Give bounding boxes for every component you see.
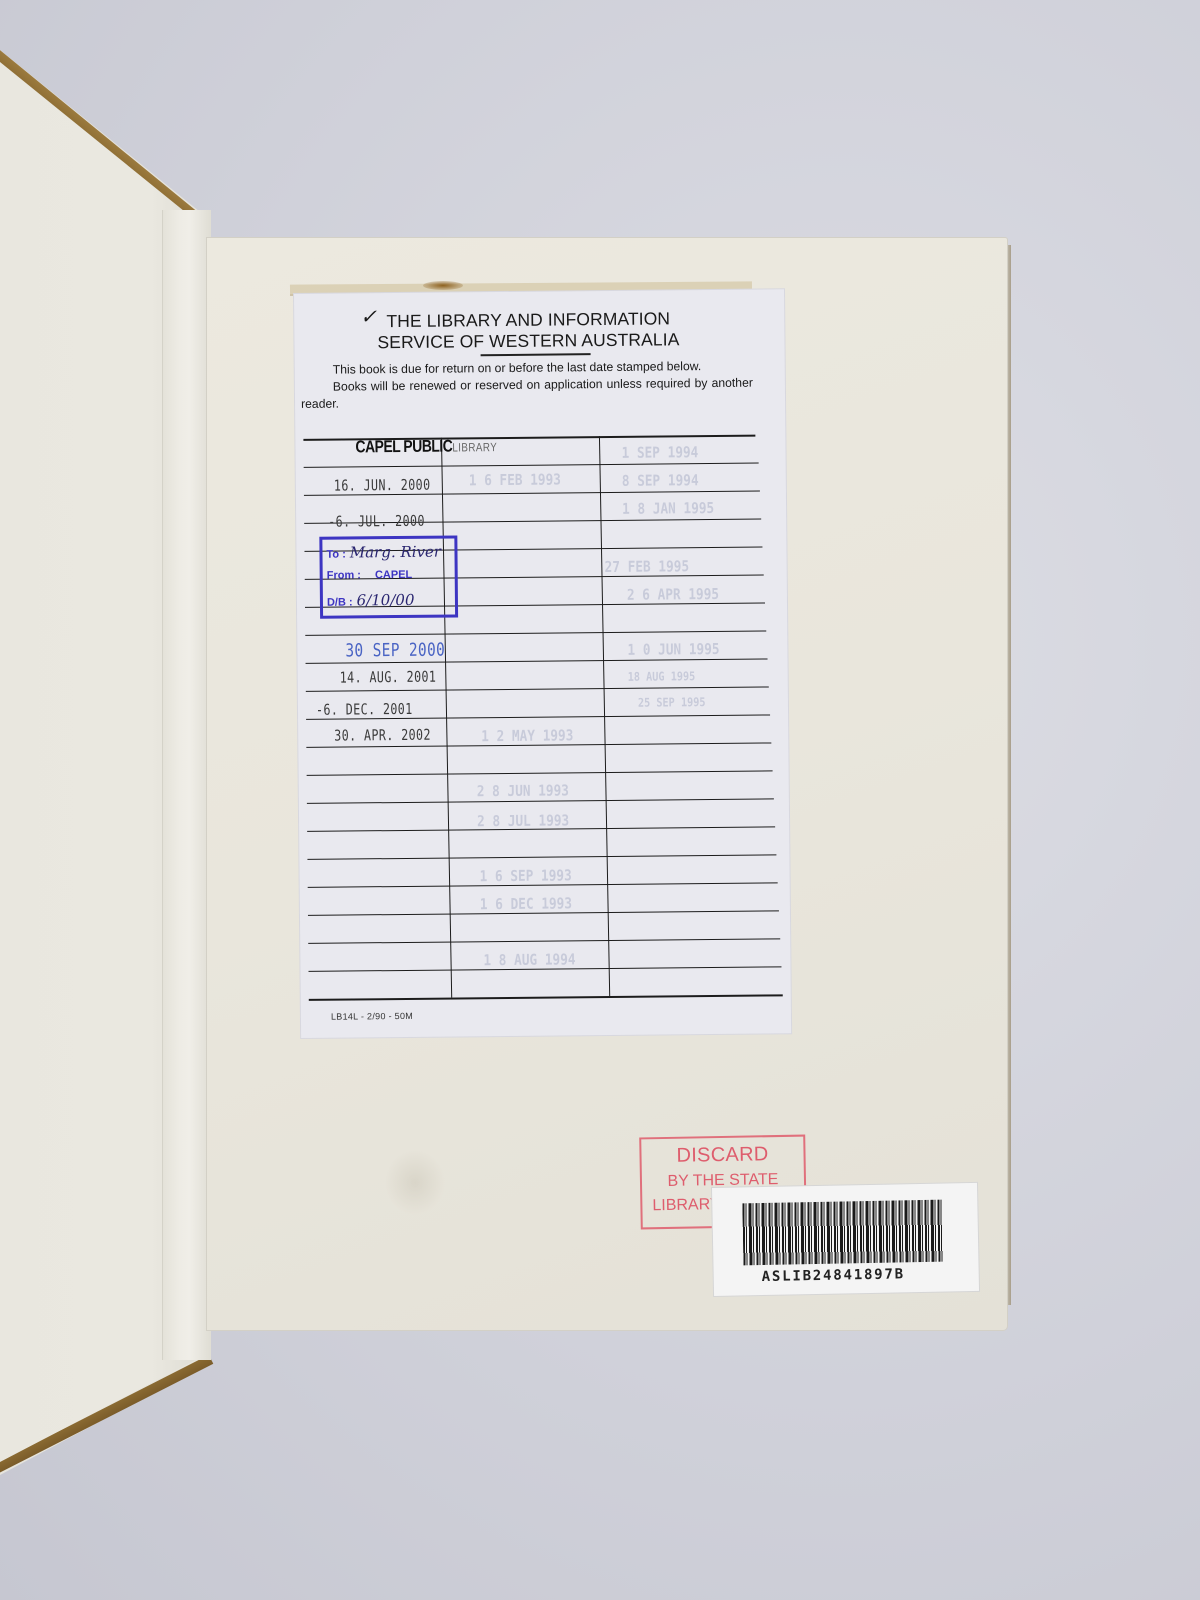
title-underline <box>481 353 591 356</box>
glue-stain <box>423 281 463 290</box>
barcode-icon <box>742 1200 943 1266</box>
transfer-to-value: Marg. River <box>350 543 441 562</box>
faded-date: 1 8 JAN 1995 <box>622 499 714 518</box>
book-hinge <box>162 210 211 1360</box>
discard-line1: DISCARD <box>641 1143 803 1169</box>
transfer-stamp: To :Marg. River From :CAPEL D/B :6/10/00 <box>319 535 458 618</box>
faded-date: 18 AUG 1995 <box>628 669 696 684</box>
checkmark-icon: ✓ <box>360 307 377 328</box>
library-name-faint: LIBRARY <box>452 440 497 454</box>
faded-date: 1 8 AUG 1994 <box>483 950 575 969</box>
grid-rule <box>308 938 780 944</box>
date-due-slip: ✓ THE LIBRARY AND INFORMATION SERVICE OF… <box>294 289 791 1038</box>
due-date-stamp: 30 SEP 2000 <box>345 640 445 662</box>
faded-date: 1 6 FEB 1993 <box>469 470 561 489</box>
due-date-stamp: 14. AUG. 2001 <box>340 668 437 687</box>
due-date-stamp: 30. APR. 2002 <box>334 726 431 745</box>
slip-title-line2: SERVICE OF WESTERN AUSTRALIA <box>358 329 698 353</box>
grid-rule <box>307 854 776 860</box>
slip-instructions: This book is due for return on or before… <box>301 358 753 413</box>
due-date-stamp: -6. DEC. 2001 <box>316 700 413 719</box>
slip-form-code: LB14L - 2/90 - 50M <box>331 1011 413 1022</box>
slip-title: ✓ THE LIBRARY AND INFORMATION SERVICE OF… <box>358 308 698 353</box>
faded-date: 1 0 JUN 1995 <box>627 640 719 659</box>
due-date-stamp: -6. JUL. 2000 <box>328 512 425 531</box>
grid-rule <box>306 686 769 691</box>
grid-rule <box>307 770 773 775</box>
faded-date: 8 SEP 1994 <box>622 471 699 490</box>
transfer-db-label: D/B : <box>327 596 353 608</box>
date-grid: 1 6 FEB 1993 1 2 MAY 1993 2 8 JUN 1993 2… <box>303 434 786 999</box>
transfer-from-label: From : <box>327 569 361 581</box>
grid-rule <box>305 630 766 635</box>
library-name-text: CAPEL PUBLIC <box>355 436 452 456</box>
library-name-stamp: CAPEL PUBLICLIBRARY <box>355 436 497 457</box>
grid-rule <box>309 994 783 1001</box>
faded-date: 1 6 SEP 1993 <box>480 866 572 885</box>
due-date-stamp: 16. JUN. 2000 <box>334 476 431 495</box>
faded-date: 2 8 JUN 1993 <box>477 781 569 800</box>
transfer-from-value: CAPEL <box>375 569 412 581</box>
page-smudge <box>385 1150 445 1215</box>
barcode-label: ASLIB24841897B <box>712 1183 979 1296</box>
faded-date: 1 2 MAY 1993 <box>481 726 573 745</box>
faded-date: 25 SEP 1995 <box>638 695 706 710</box>
transfer-to-label: To : <box>326 549 345 561</box>
faded-date: 2 6 APR 1995 <box>627 585 719 604</box>
barcode-number: ASLIB24841897B <box>762 1266 905 1285</box>
faded-date: 2 8 JUL 1993 <box>477 811 569 830</box>
instruction-renew: Books will be renewed or reserved on app… <box>301 375 753 413</box>
faded-date: 1 6 DEC 1993 <box>480 894 572 913</box>
transfer-db-value: 6/10/00 <box>357 591 415 610</box>
faded-date: 27 FEB 1995 <box>605 557 690 576</box>
faded-date: 1 SEP 1994 <box>621 443 698 462</box>
grid-rule <box>304 463 759 468</box>
